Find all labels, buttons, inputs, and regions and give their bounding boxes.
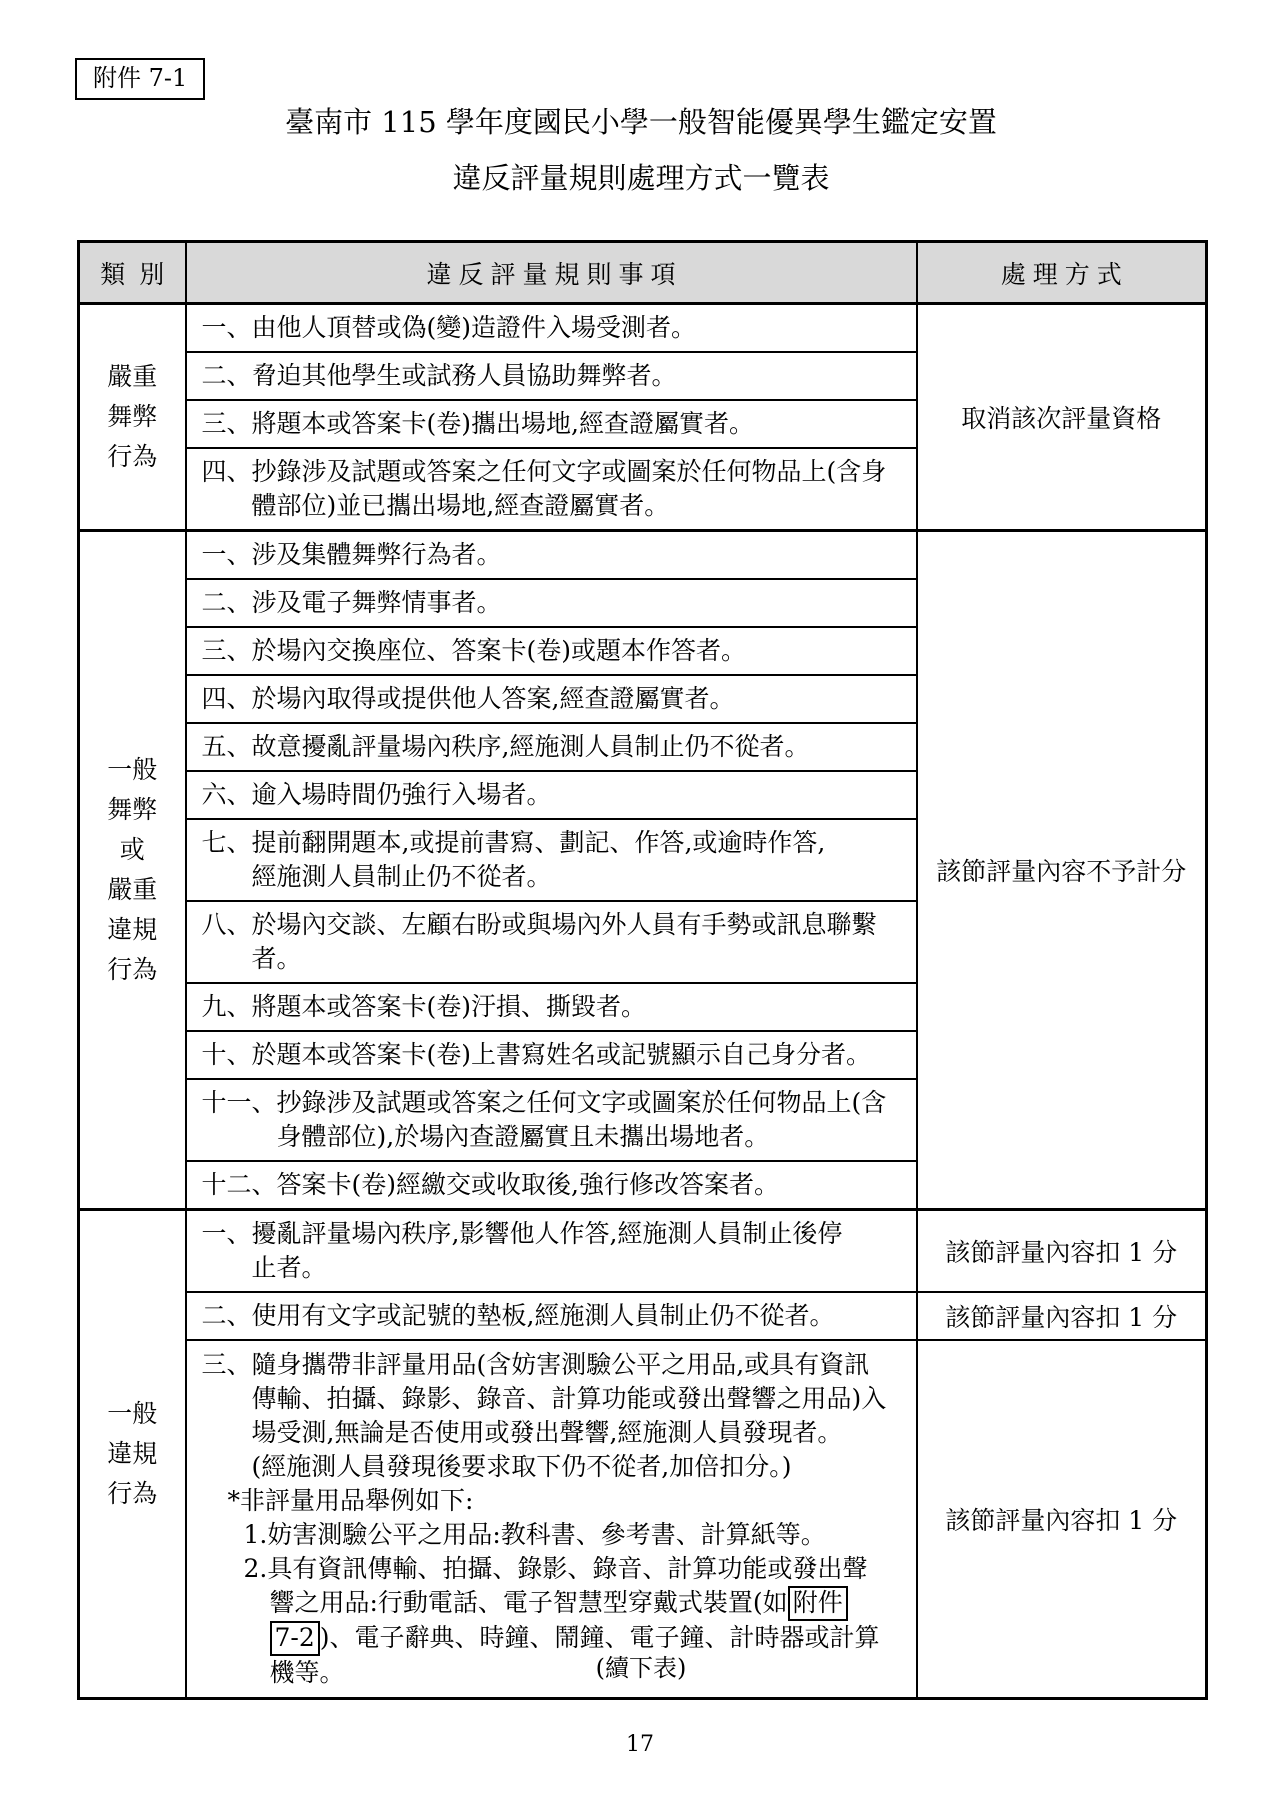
handling-cell: 取消該次評量資格	[917, 304, 1207, 531]
violation-cell: 七、提前翻開題本,或提前書寫、劃記、作答,或逾時作答, 經施測人員制止仍不從者。	[186, 819, 917, 901]
category-line: 違規	[80, 1434, 185, 1474]
item-line: 場受測,無論是否使用或發出聲響,經施測人員發現者。	[202, 1416, 901, 1450]
violation-cell: 十一、抄錄涉及試題或答案之任何文字或圖案於任何物品上(含 身體部位),於場內查證…	[186, 1079, 917, 1161]
table-row: 三、隨身攜帶非評量用品(含妨害測驗公平之用品,或具有資訊 傳輸、拍攝、錄影、錄音…	[79, 1340, 1207, 1698]
header-handling: 處理方式	[917, 242, 1207, 304]
item-line: 十、於題本或答案卡(卷)上書寫姓名或記號顯示自己身分者。	[202, 1038, 901, 1072]
item-line: 身體部位),於場內查證屬實且未攜出場地者。	[202, 1120, 901, 1154]
violation-cell: 十二、答案卡(卷)經繳交或收取後,強行修改答案者。	[186, 1161, 917, 1210]
header-category: 類別	[79, 242, 186, 304]
item-line: 九、將題本或答案卡(卷)汙損、撕毀者。	[202, 990, 901, 1024]
violation-cell: 六、逾入場時間仍強行入場者。	[186, 771, 917, 819]
violation-cell: 二、使用有文字或記號的墊板,經施測人員制止仍不從者。	[186, 1292, 917, 1340]
category-line: 行為	[80, 1474, 185, 1514]
item-line: 二、涉及電子舞弊情事者。	[202, 586, 901, 620]
violation-cell: 一、擾亂評量場內秩序,影響他人作答,經施測人員制止後停 止者。	[186, 1210, 917, 1293]
item-line: 經施測人員制止仍不從者。	[202, 860, 901, 894]
item-line: 1.妨害測驗公平之用品:教科書、參考書、計算紙等。	[202, 1518, 901, 1552]
item-line: 十一、抄錄涉及試題或答案之任何文字或圖案於任何物品上(含	[202, 1086, 901, 1120]
table-row: 一般 舞弊 或 嚴重 違規 行為 一、涉及集體舞弊行為者。 該節評量內容不予計分	[79, 531, 1207, 580]
violation-cell: 三、將題本或答案卡(卷)攜出場地,經查證屬實者。	[186, 400, 917, 448]
attachment-reference-box: 附件	[788, 1586, 848, 1621]
violation-rules-table: 類別 違反評量規則事項 處理方式 嚴重 舞弊 行為 一、由他人頂替或偽(變)造證…	[77, 240, 1208, 1700]
category-line: 行為	[80, 437, 185, 477]
category-line: 一般	[80, 1394, 185, 1434]
item-line: 七、提前翻開題本,或提前書寫、劃記、作答,或逾時作答,	[202, 826, 901, 860]
violation-cell: 八、於場內交談、左顧右盼或與場內外人員有手勢或訊息聯繫 者。	[186, 901, 917, 983]
item-line: 三、於場內交換座位、答案卡(卷)或題本作答者。	[202, 634, 901, 668]
item-line: 一、由他人頂替或偽(變)造證件入場受測者。	[202, 311, 901, 345]
violation-cell: 三、隨身攜帶非評量用品(含妨害測驗公平之用品,或具有資訊 傳輸、拍攝、錄影、錄音…	[186, 1340, 917, 1698]
page-number: 17	[0, 1732, 1280, 1757]
table-row: 二、使用有文字或記號的墊板,經施測人員制止仍不從者。 該節評量內容扣 1 分	[79, 1292, 1207, 1340]
item-line: 2.具有資訊傳輸、拍攝、錄影、錄音、計算功能或發出聲	[202, 1552, 901, 1586]
item-line: 響之用品:行動電話、電子智慧型穿戴式裝置(如附件	[202, 1586, 901, 1621]
item-text: 響之用品:行動電話、電子智慧型穿戴式裝置(如	[270, 1588, 788, 1617]
category-cell-general-violation: 一般 違規 行為	[79, 1210, 186, 1699]
violation-cell: 二、脅迫其他學生或試務人員協助舞弊者。	[186, 352, 917, 400]
table-row: 嚴重 舞弊 行為 一、由他人頂替或偽(變)造證件入場受測者。 取消該次評量資格	[79, 304, 1207, 353]
item-line: *非評量用品舉例如下:	[202, 1484, 901, 1518]
violation-cell: 九、將題本或答案卡(卷)汙損、撕毀者。	[186, 983, 917, 1031]
category-line: 嚴重	[80, 357, 185, 397]
attachment-label: 附件 7-1	[75, 58, 205, 100]
item-line: 傳輸、拍攝、錄影、錄音、計算功能或發出聲響之用品)入	[202, 1382, 901, 1416]
violation-cell: 四、於場內取得或提供他人答案,經查證屬實者。	[186, 675, 917, 723]
item-line: 二、使用有文字或記號的墊板,經施測人員制止仍不從者。	[202, 1299, 901, 1333]
item-line: 十二、答案卡(卷)經繳交或收取後,強行修改答案者。	[202, 1168, 901, 1202]
item-line: 一、涉及集體舞弊行為者。	[202, 538, 901, 572]
category-line: 一般	[80, 750, 185, 790]
violation-cell: 一、由他人頂替或偽(變)造證件入場受測者。	[186, 304, 917, 353]
item-line: 三、將題本或答案卡(卷)攜出場地,經查證屬實者。	[202, 407, 901, 441]
item-line: 六、逾入場時間仍強行入場者。	[202, 778, 901, 812]
violation-cell: 四、抄錄涉及試題或答案之任何文字或圖案於任何物品上(含身 體部位)並已攜出場地,…	[186, 448, 917, 531]
item-line: 四、抄錄涉及試題或答案之任何文字或圖案於任何物品上(含身	[202, 455, 901, 489]
category-line: 行為	[80, 950, 185, 990]
category-line: 違規	[80, 910, 185, 950]
item-line: 一、擾亂評量場內秩序,影響他人作答,經施測人員制止後停	[202, 1217, 901, 1251]
document-page: 附件 7-1 臺南市 115 學年度國民小學一般智能優異學生鑑定安置 違反評量規…	[0, 0, 1280, 1810]
item-line: 止者。	[202, 1251, 901, 1285]
category-line: 舞弊	[80, 397, 185, 437]
violation-cell: 十、於題本或答案卡(卷)上書寫姓名或記號顯示自己身分者。	[186, 1031, 917, 1079]
item-line: 體部位)並已攜出場地,經查證屬實者。	[202, 489, 901, 523]
page-title: 臺南市 115 學年度國民小學一般智能優異學生鑑定安置	[77, 104, 1205, 140]
category-cell-serious-cheating: 嚴重 舞弊 行為	[79, 304, 186, 531]
page-subtitle: 違反評量規則處理方式一覽表	[77, 160, 1205, 196]
violation-cell: 二、涉及電子舞弊情事者。	[186, 579, 917, 627]
handling-cell: 該節評量內容扣 1 分	[917, 1210, 1207, 1293]
violation-cell: 三、於場內交換座位、答案卡(卷)或題本作答者。	[186, 627, 917, 675]
category-line: 舞弊	[80, 790, 185, 830]
header-violation: 違反評量規則事項	[186, 242, 917, 304]
category-cell-general-cheating: 一般 舞弊 或 嚴重 違規 行為	[79, 531, 186, 1210]
handling-cell: 該節評量內容扣 1 分	[917, 1340, 1207, 1698]
violation-cell: 一、涉及集體舞弊行為者。	[186, 531, 917, 580]
item-line: 四、於場內取得或提供他人答案,經查證屬實者。	[202, 682, 901, 716]
category-line: 嚴重	[80, 870, 185, 910]
handling-cell: 該節評量內容不予計分	[917, 531, 1207, 1210]
item-line: 二、脅迫其他學生或試務人員協助舞弊者。	[202, 359, 901, 393]
table-row: 一般 違規 行為 一、擾亂評量場內秩序,影響他人作答,經施測人員制止後停 止者。…	[79, 1210, 1207, 1293]
handling-cell: 該節評量內容扣 1 分	[917, 1292, 1207, 1340]
item-line: 三、隨身攜帶非評量用品(含妨害測驗公平之用品,或具有資訊	[202, 1348, 901, 1382]
item-line: 五、故意擾亂評量場內秩序,經施測人員制止仍不從者。	[202, 730, 901, 764]
table-header-row: 類別 違反評量規則事項 處理方式	[79, 242, 1207, 304]
item-line: 八、於場內交談、左顧右盼或與場內外人員有手勢或訊息聯繫	[202, 908, 901, 942]
violation-cell: 五、故意擾亂評量場內秩序,經施測人員制止仍不從者。	[186, 723, 917, 771]
item-line: 者。	[202, 942, 901, 976]
item-line: (經施測人員發現後要求取下仍不從者,加倍扣分。)	[202, 1450, 901, 1484]
category-line: 或	[80, 830, 185, 870]
continued-note: (續下表)	[77, 1648, 1205, 1683]
